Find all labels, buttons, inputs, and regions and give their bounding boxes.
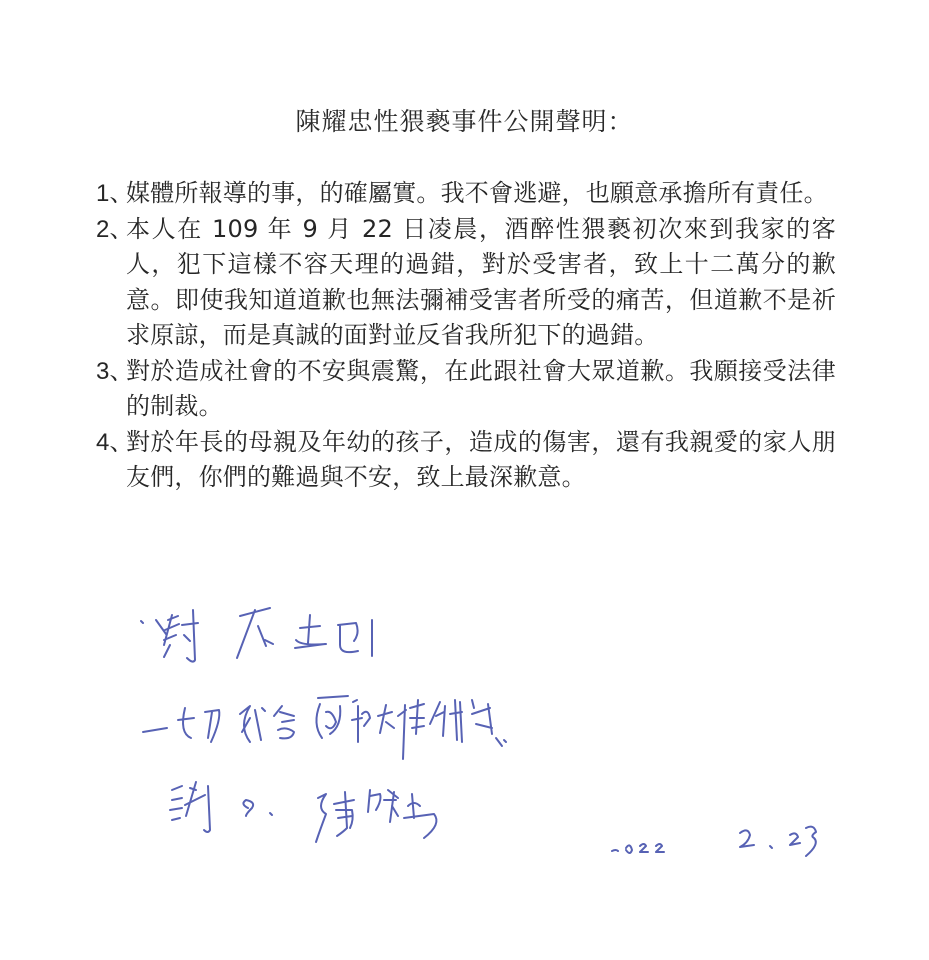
statement-number: 4、 <box>96 425 126 461</box>
document-title: 陳耀忠性猥褻事件公開聲明： <box>0 104 929 140</box>
handwriting-line-2 <box>143 696 506 759</box>
handwritten-line-thanks: 謝謝。 <box>150 800 180 815</box>
handwriting-line-1 <box>141 608 372 662</box>
handwritten-date: 2022.2.23 <box>620 840 671 851</box>
statement-page: 陳耀忠性猥褻事件公開聲明： 1、 媒體所報導的事，的確屬實。我不會逃避，也願意承… <box>0 0 929 960</box>
statement-text: 對於年長的母親及年幼的孩子，造成的傷害，還有我親愛的家人朋友們，你們的難過與不安… <box>126 425 836 496</box>
statement-text: 對於造成社會的不安與震驚，在此跟社會大眾道歉。我願接受法律的制裁。 <box>126 354 836 425</box>
statement-number: 3、 <box>96 354 126 390</box>
handwriting-line-3 <box>170 782 816 856</box>
handwritten-line-accept-law: 一切我會面對法律制裁。 <box>150 710 260 725</box>
statement-number: 1、 <box>96 176 126 212</box>
statement-item: 4、 對於年長的母親及年幼的孩子，造成的傷害，還有我親愛的家人朋友們，你們的難過… <box>96 425 836 496</box>
statement-item: 2、 本人在 109 年 9 月 22 日凌晨，酒醉性猥褻初次來到我家的客人，犯… <box>96 212 836 354</box>
handwritten-signature: 陳耀忠 <box>380 800 410 815</box>
statement-number: 2、 <box>96 212 126 248</box>
handwritten-line-apology: 對不起！ <box>150 620 190 635</box>
statement-item: 3、 對於造成社會的不安與震驚，在此跟社會大眾道歉。我願接受法律的制裁。 <box>96 354 836 425</box>
statement-list: 1、 媒體所報導的事，的確屬實。我不會逃避，也願意承擔所有責任。 2、 本人在 … <box>96 176 836 496</box>
statement-item: 1、 媒體所報導的事，的確屬實。我不會逃避，也願意承擔所有責任。 <box>96 176 836 212</box>
statement-text: 媒體所報導的事，的確屬實。我不會逃避，也願意承擔所有責任。 <box>126 176 836 212</box>
statement-text: 本人在 109 年 9 月 22 日凌晨，酒醉性猥褻初次來到我家的客人，犯下這樣… <box>126 212 836 354</box>
